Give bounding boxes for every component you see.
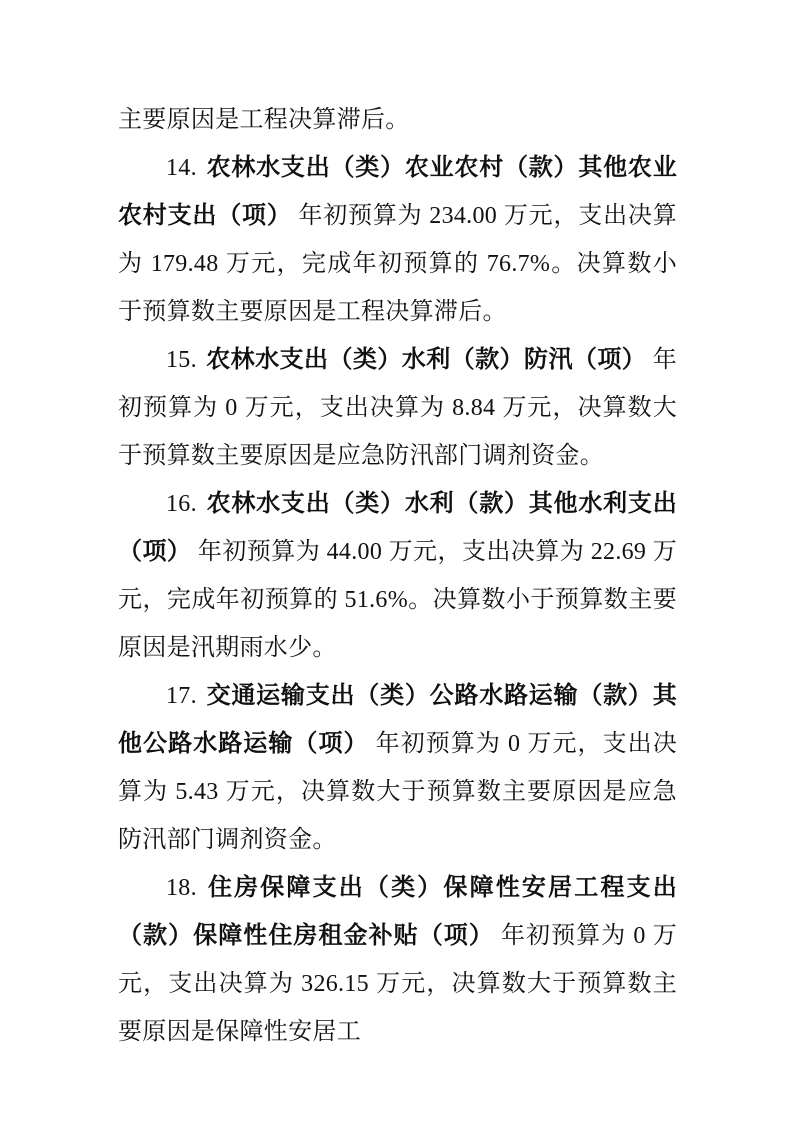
- continuation-paragraph-text: 主要原因是工程决算滞后。: [118, 107, 410, 133]
- document-page: 主要原因是工程决算滞后。 14. 农林水支出（类）农业农村（款）其他农业农村支出…: [0, 0, 793, 1122]
- paragraph-16: 16. 农林水支出（类）水利（款）其他水利支出（项） 年初预算为 44.00 万…: [118, 480, 677, 672]
- paragraph-14-number: 14.: [166, 155, 197, 181]
- paragraph-15: 15. 农林水支出（类）水利（款）防汛（项） 年初预算为 0 万元，支出决算为 …: [118, 336, 677, 480]
- paragraph-16-number: 16.: [166, 491, 197, 517]
- paragraph-16-body: 年初预算为 44.00 万元，支出决算为 22.69 万元，完成年初预算的 51…: [118, 539, 677, 661]
- continuation-paragraph: 主要原因是工程决算滞后。: [118, 96, 677, 144]
- paragraph-18: 18. 住房保障支出（类）保障性安居工程支出（款）保障性住房租金补贴（项） 年初…: [118, 864, 677, 1056]
- paragraph-17: 17. 交通运输支出（类）公路水路运输（款）其他公路水路运输（项） 年初预算为 …: [118, 672, 677, 864]
- paragraph-15-heading: 农林水支出（类）水利（款）防汛（项）: [206, 347, 646, 373]
- paragraph-15-number: 15.: [166, 347, 197, 373]
- paragraph-17-number: 17.: [166, 683, 197, 709]
- paragraph-18-number: 18.: [166, 875, 197, 901]
- paragraph-14: 14. 农林水支出（类）农业农村（款）其他农业农村支出（项） 年初预算为 234…: [118, 144, 677, 336]
